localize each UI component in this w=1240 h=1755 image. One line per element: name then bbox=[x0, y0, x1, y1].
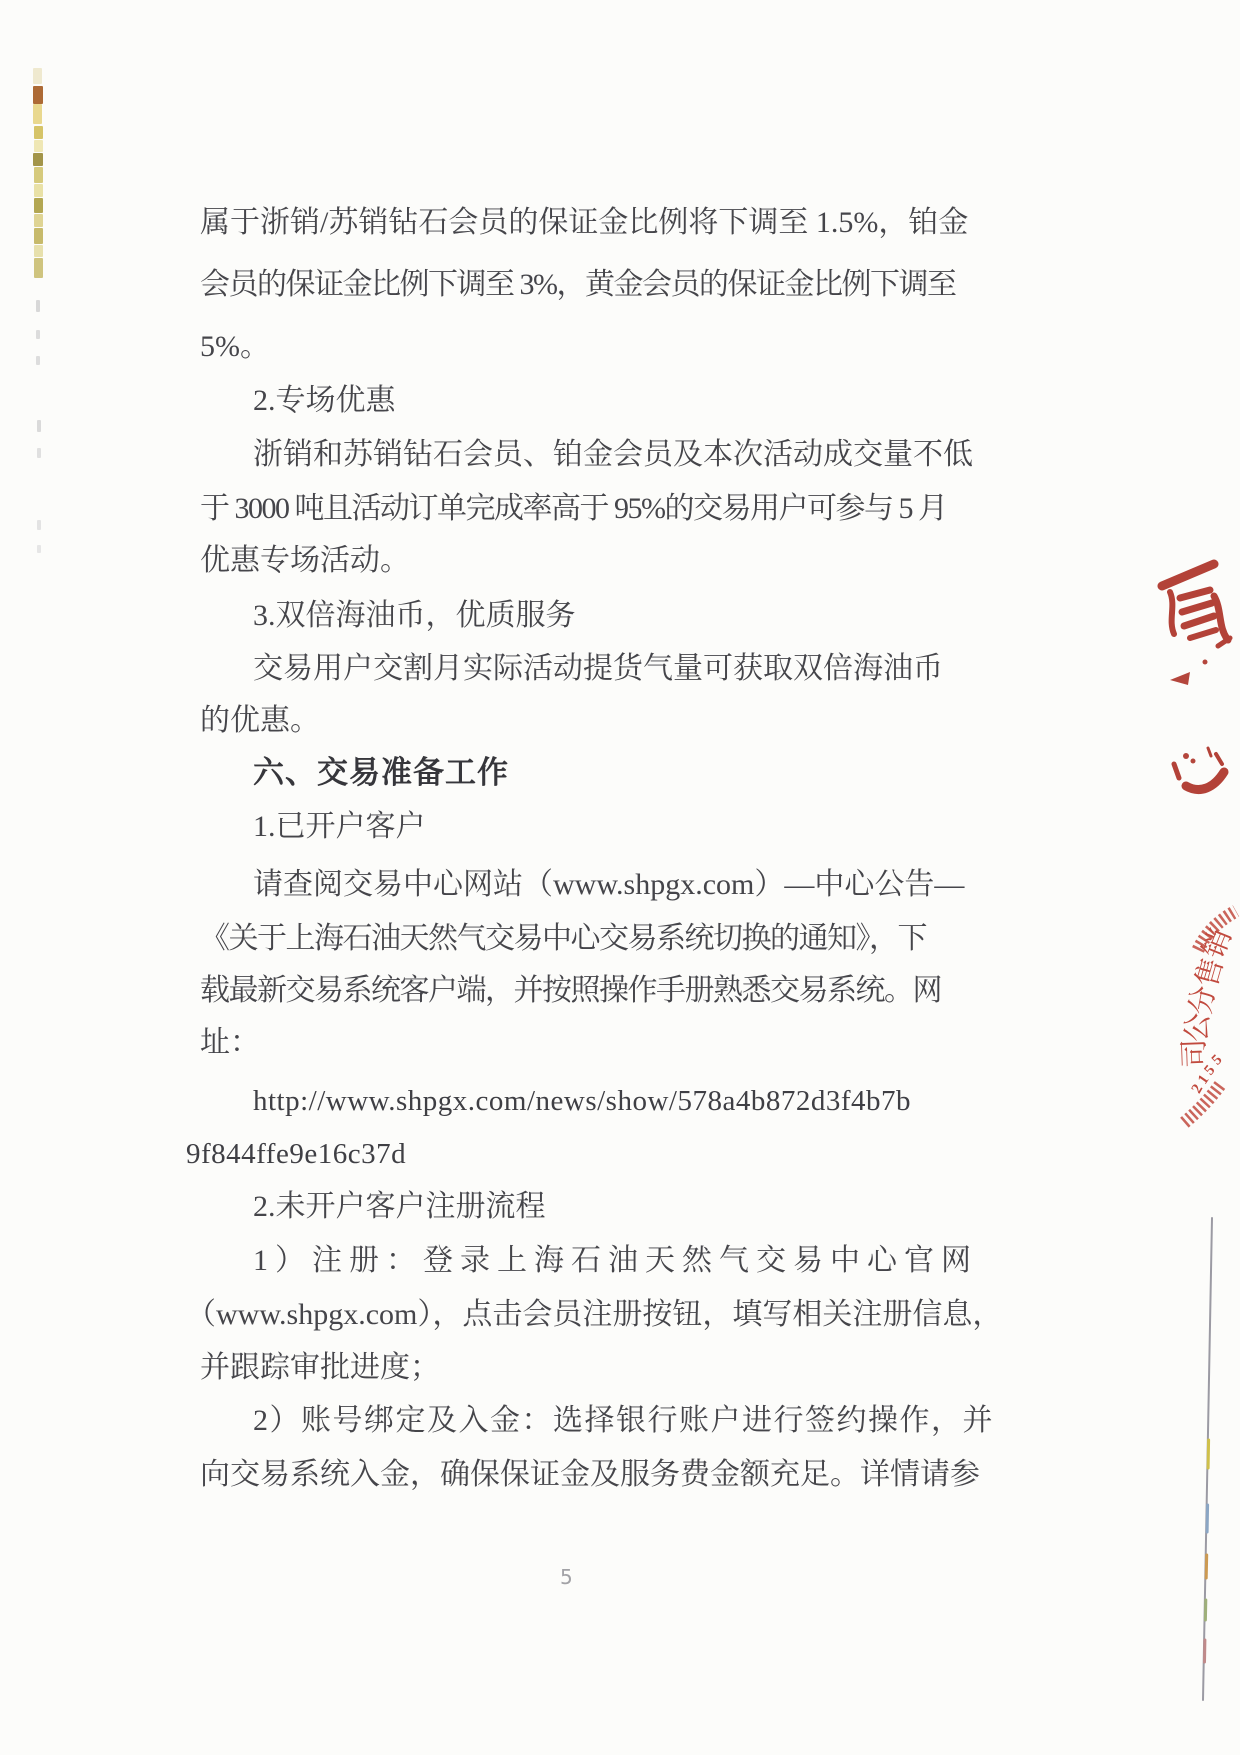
seal-digit: 5 bbox=[1201, 1062, 1218, 1078]
document-page: 属于浙销/苏销钻石会员的保证金比例将下调至 1.5%，铂金会员的保证金比例下调至… bbox=[0, 0, 1240, 1755]
text-line: http://www.shpgx.com/news/show/578a4b872… bbox=[253, 1080, 911, 1122]
seal-character: 司 bbox=[1179, 1038, 1212, 1068]
scan-artifact-segment bbox=[34, 167, 43, 183]
seal-digit: 1 bbox=[1195, 1072, 1212, 1087]
seal-digit: 2 bbox=[1189, 1082, 1207, 1096]
text-line: 会员的保证金比例下调至 3%，黄金会员的保证金比例下调至 bbox=[200, 264, 956, 306]
seal-ring-hatch-top bbox=[1198, 911, 1236, 950]
text-line: 浙销和苏销钻石会员、铂金会员及本次活动成交量不低 bbox=[253, 434, 973, 476]
stamp-glyphs: 销售分公司 bbox=[1179, 924, 1238, 1069]
page-number: 5 bbox=[560, 1565, 573, 1589]
text-line: 《关于上海石油天然气交易中心交易系统切换的通知》，下 bbox=[200, 918, 926, 960]
scan-artifact-segment bbox=[33, 153, 43, 166]
scan-artifact-segment bbox=[37, 545, 41, 553]
seal-character: 公 bbox=[1181, 1012, 1215, 1043]
text-line: 1.已开户客户 bbox=[253, 806, 426, 848]
text-line: 向交易系统入金，确保保证金及服务费金额充足。详情请参 bbox=[200, 1454, 980, 1496]
text-line: 六、交易准备工作 bbox=[253, 752, 509, 794]
seal-digit: 5 bbox=[1209, 1052, 1226, 1069]
text-line: 3.双倍海油币，优质服务 bbox=[253, 595, 576, 637]
scan-artifact-segment bbox=[33, 68, 42, 84]
text-line: 并跟踪审批进度； bbox=[200, 1347, 440, 1389]
scan-artifact-segment bbox=[36, 300, 40, 312]
scan-artifact-segment bbox=[37, 520, 41, 530]
text-line: 的优惠。 bbox=[200, 700, 320, 742]
stamp-digits: 5512 bbox=[1189, 1052, 1226, 1096]
scan-artifact-segment bbox=[33, 104, 42, 124]
text-line: 5%。 bbox=[200, 326, 270, 368]
scan-artifact-segment bbox=[34, 126, 43, 139]
red-stamp-fragment-upper bbox=[1156, 548, 1240, 804]
scan-artifact-segment bbox=[34, 198, 43, 213]
scan-artifact-segment bbox=[36, 330, 40, 339]
red-stamp-fragment-lower: 销售分公司 5512 bbox=[1150, 895, 1240, 1145]
seal-character: 售 bbox=[1190, 954, 1230, 991]
text-line: （www.shpgx.com），点击会员注册按钮，填写相关注册信息， bbox=[186, 1294, 1002, 1336]
scan-artifact-segment bbox=[34, 228, 43, 244]
text-line: 于 3000 吨且活动订单完成率高于 95%的交易用户可参与 5 月 bbox=[200, 488, 947, 530]
text-line: 请查阅交易中心网站（www.shpgx.com）—中心公告— bbox=[253, 864, 964, 906]
seal-character: 销 bbox=[1196, 924, 1237, 963]
text-line: 属于浙销/苏销钻石会员的保证金比例将下调至 1.5%，铂金 bbox=[200, 202, 968, 244]
scan-artifact-segment bbox=[34, 245, 43, 257]
text-line: 载最新交易系统客户端，并按照操作手册熟悉交易系统。网 bbox=[200, 970, 941, 1012]
text-line: 9f844ffe9e16c37d bbox=[186, 1133, 406, 1175]
text-line: 2）账号绑定及入金：选择银行账户进行签约操作，并 bbox=[253, 1400, 994, 1442]
scan-artifact-segment bbox=[36, 356, 40, 365]
scan-artifact-segment bbox=[34, 214, 43, 227]
text-line: 交易用户交割月实际活动提货气量可获取双倍海油币 bbox=[253, 648, 943, 690]
seal-character: 分 bbox=[1184, 983, 1222, 1017]
scan-artifact-segment bbox=[33, 86, 43, 104]
scan-artifact-segment bbox=[37, 448, 41, 458]
scan-artifact-segment bbox=[37, 420, 41, 432]
text-line: 1）注册：登录上海石油天然气交易中心官网 bbox=[253, 1240, 978, 1282]
text-line: 址： bbox=[200, 1022, 260, 1064]
text-line: 优惠专场活动。 bbox=[200, 540, 410, 582]
text-line: 2.专场优惠 bbox=[253, 380, 396, 422]
scan-artifact-segment bbox=[34, 184, 43, 197]
scan-artifact-segment bbox=[34, 258, 43, 278]
text-line: 2.未开户客户注册流程 bbox=[253, 1186, 546, 1228]
scan-artifact-segment bbox=[34, 140, 43, 152]
seal-ring-hatch-bottom bbox=[1184, 1085, 1220, 1123]
